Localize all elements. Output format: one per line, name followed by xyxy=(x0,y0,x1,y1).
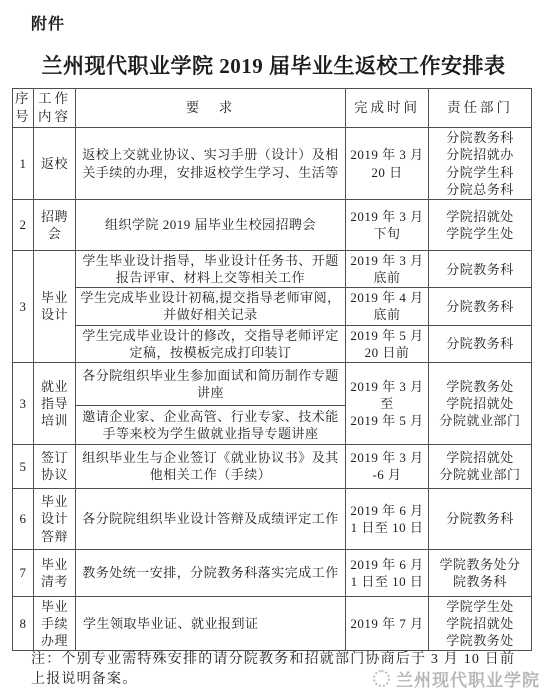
cell-content: 返校 xyxy=(34,128,76,200)
cell-time: 2019 年 6 月 1 日至 10 日 xyxy=(346,549,429,596)
cell-department: 分院教务科 xyxy=(429,325,532,362)
cell-department: 分院教务科 xyxy=(429,488,532,549)
cell-time: 2019 年 3 月 至 2019 年 5 月 xyxy=(346,362,429,444)
cell-content: 毕业 手续 办理 xyxy=(34,596,76,650)
cell-time: 2019 年 6 月 1 日至 10 日 xyxy=(346,488,429,549)
cell-seq: 3 xyxy=(13,362,34,444)
cell-time: 2019 年 3 月 底前 xyxy=(346,251,429,288)
col-header-department: 责任部门 xyxy=(429,89,532,128)
cell-seq: 2 xyxy=(13,200,34,251)
cell-requirement: 学生完成毕业设计初稿,提交指导老师审阅， 并做好相关记录 xyxy=(76,288,346,325)
cell-requirement: 各分院组织毕业生参加面试和简历制作专题 讲座 xyxy=(76,362,346,405)
cell-department: 分院教务科 xyxy=(429,251,532,288)
table-row: 2 招聘 会 组织学院 2019 届毕业生校园招聘会 2019 年 3 月 下旬… xyxy=(13,200,532,251)
col-header-content: 工作 内容 xyxy=(34,89,76,128)
table-row: 8 毕业 手续 办理 学生领取毕业证、就业报到证 2019 年 7 月 学院学生… xyxy=(13,596,532,650)
cell-requirement: 学生领取毕业证、就业报到证 xyxy=(76,596,346,650)
table-row: 6 毕业 设计 答辩 各分院院组织毕业设计答辩及成绩评定工作 2019 年 6 … xyxy=(13,488,532,549)
cell-time: 2019 年 3 月 下旬 xyxy=(346,200,429,251)
cell-seq: 6 xyxy=(13,488,34,549)
cell-department: 学院招就处 学院学生处 xyxy=(429,200,532,251)
cell-time: 2019 年 3 月 20 日 xyxy=(346,128,429,200)
cell-time: 2019 年 5 月 20 日前 xyxy=(346,325,429,362)
cell-content: 毕业 设计 xyxy=(34,251,76,363)
table-row: 3 就业 指导 培训 各分院组织毕业生参加面试和简历制作专题 讲座 2019 年… xyxy=(13,362,532,405)
cell-time: 2019 年 4 月 底前 xyxy=(346,288,429,325)
school-logo-icon xyxy=(373,670,390,687)
cell-requirement: 各分院院组织毕业设计答辩及成绩评定工作 xyxy=(76,488,346,549)
header-row: 序 号 工作 内容 要 求 完成时间 责任部门 xyxy=(13,89,532,128)
cell-content: 就业 指导 培训 xyxy=(34,362,76,444)
document-page: 附件 兰州现代职业学院 2019 届毕业生返校工作安排表 序 号 工作 内容 要… xyxy=(0,0,547,698)
cell-requirement: 返校上交就业协议、实习手册（设计）及相 关手续的办理，安排返校学生学习、生活等 xyxy=(76,128,346,200)
cell-department: 学院招就处 分院就业部门 xyxy=(429,444,532,488)
cell-department: 分院教务科 xyxy=(429,288,532,325)
col-header-requirement: 要 求 xyxy=(76,89,346,128)
cell-department: 学院学生处 学院招就处 学院教务处 xyxy=(429,596,532,650)
table-row: 1 返校 返校上交就业协议、实习手册（设计）及相 关手续的办理，安排返校学生学习… xyxy=(13,128,532,200)
cell-seq: 1 xyxy=(13,128,34,200)
cell-content: 毕业 设计 答辩 xyxy=(34,488,76,549)
table-row: 7 毕业 清考 教务处统一安排，分院教务科落实完成工作 2019 年 6 月 1… xyxy=(13,549,532,596)
cell-seq: 3 xyxy=(13,251,34,363)
cell-content: 招聘 会 xyxy=(34,200,76,251)
cell-requirement: 教务处统一安排，分院教务科落实完成工作 xyxy=(76,549,346,596)
cell-requirement: 组织毕业生与企业签订《就业协议书》及其 他相关工作（手续） xyxy=(76,444,346,488)
cell-time: 2019 年 3 月 -6 月 xyxy=(346,444,429,488)
table-row: 学生完成毕业设计的修改，交指导老师评定 定稿，按模板完成打印装订 2019 年 … xyxy=(13,325,532,362)
cell-seq: 5 xyxy=(13,444,34,488)
col-header-time: 完成时间 xyxy=(346,89,429,128)
cell-requirement: 组织学院 2019 届毕业生校园招聘会 xyxy=(76,200,346,251)
cell-content: 毕业 清考 xyxy=(34,549,76,596)
cell-department: 学院教务处分 院教务科 xyxy=(429,549,532,596)
cell-department: 分院教务科 分院招就办 分院学生科 分院总务科 xyxy=(429,128,532,200)
cell-time: 2019 年 7 月 xyxy=(346,596,429,650)
page-title: 兰州现代职业学院 2019 届毕业生返校工作安排表 xyxy=(0,50,547,80)
col-header-seq: 序 号 xyxy=(13,89,34,128)
cell-content: 签订 协议 xyxy=(34,444,76,488)
watermark-text: 兰州现代职业学院 xyxy=(396,666,540,691)
attachment-label: 附件 xyxy=(31,11,65,34)
watermark: 兰州现代职业学院 xyxy=(373,666,540,691)
schedule-table: 序 号 工作 内容 要 求 完成时间 责任部门 1 返校 返校上交就业协议、实习… xyxy=(12,88,532,651)
cell-seq: 7 xyxy=(13,549,34,596)
cell-seq: 8 xyxy=(13,596,34,650)
table-row: 学生完成毕业设计初稿,提交指导老师审阅， 并做好相关记录 2019 年 4 月 … xyxy=(13,288,532,325)
cell-requirement: 学生完成毕业设计的修改，交指导老师评定 定稿，按模板完成打印装订 xyxy=(76,325,346,362)
cell-requirement: 学生毕业设计指导，毕业设计任务书、开题 报告评审、材料上交等相关工作 xyxy=(76,251,346,288)
cell-department: 学院教务处 学院招就处 分院就业部门 xyxy=(429,362,532,444)
table-row: 3 毕业 设计 学生毕业设计指导，毕业设计任务书、开题 报告评审、材料上交等相关… xyxy=(13,251,532,288)
cell-requirement: 邀请企业家、企业高管、行业专家、技术能 手等来校为学生做就业指导专题讲座 xyxy=(76,405,346,444)
table-row: 5 签订 协议 组织毕业生与企业签订《就业协议书》及其 他相关工作（手续） 20… xyxy=(13,444,532,488)
